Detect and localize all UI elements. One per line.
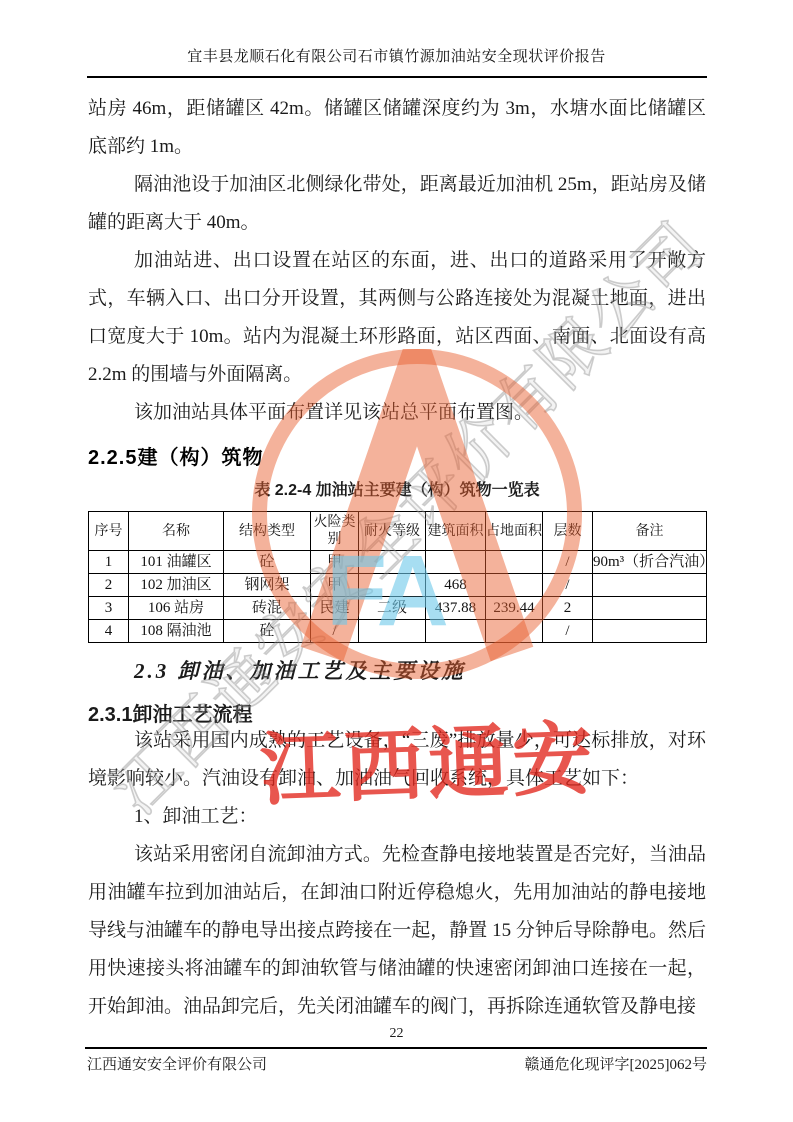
cell: /	[543, 574, 593, 597]
cell: 468	[426, 574, 486, 597]
cell-remark	[593, 574, 707, 597]
cell	[486, 574, 543, 597]
table-row: 4 108 隔油池 砼 / /	[89, 620, 707, 643]
paragraph: 该站采用密闭自流卸油方式。先检查静电接地装置是否完好，当油品用油罐车拉到加油站后…	[88, 836, 706, 1026]
page-number: 22	[0, 1026, 793, 1042]
cell: 2	[89, 574, 129, 597]
table-row: 3 106 站房 砖混 民建 二级 437.88 239.44 2	[89, 597, 707, 620]
col-header-seq: 序号	[89, 512, 129, 551]
cell: 102 加油区	[129, 574, 224, 597]
paragraph: 该加油站具体平面布置详见该站总平面布置图。	[88, 394, 706, 432]
col-header-fire-class: 火险类别	[311, 512, 359, 551]
cell: /	[543, 551, 593, 574]
table-caption: 表 2.2-4 加油站主要建（构）筑物一览表	[88, 477, 706, 500]
body-text-bottom: 该站采用国内成熟的工艺设备，“三废”排放量少，可达标排放，对环境影响较小。汽油设…	[88, 722, 706, 1026]
footer-doc-number: 赣通危化现评字[2025]062号	[525, 1053, 708, 1074]
cell: 108 隔油池	[129, 620, 224, 643]
cell: 101 油罐区	[129, 551, 224, 574]
body-text-top: 站房 46m，距储罐区 42m。储罐区储罐深度约为 3m，水塘水面比储罐区底部约…	[88, 90, 706, 432]
cell: 1	[89, 551, 129, 574]
report-header-title: 宜丰县龙顺石化有限公司石市镇竹源加油站安全现状评价报告	[0, 45, 793, 66]
section-heading-2-2-5: 2.2.5建（构）筑物	[88, 441, 263, 470]
cell: 239.44	[486, 597, 543, 620]
table-row: 2 102 加油区 钢网架 甲 468 /	[89, 574, 707, 597]
cell: /	[311, 620, 359, 643]
cell	[359, 551, 426, 574]
header-rule	[87, 76, 707, 78]
footer: 江西通安安全评价有限公司 赣通危化现评字[2025]062号	[87, 1053, 707, 1074]
table-row: 1 101 油罐区 砼 甲 / 90m³（折合汽油）	[89, 551, 707, 574]
cell: /	[543, 620, 593, 643]
col-header-name: 名称	[129, 512, 224, 551]
footer-company: 江西通安安全评价有限公司	[87, 1053, 267, 1074]
paragraph: 1、卸油工艺：	[88, 798, 706, 836]
cell: 砼	[224, 551, 311, 574]
cell: 二级	[359, 597, 426, 620]
paragraph: 该站采用国内成熟的工艺设备，“三废”排放量少，可达标排放，对环境影响较小。汽油设…	[88, 722, 706, 798]
cell	[359, 574, 426, 597]
col-header-fire-rating: 耐火等级	[359, 512, 426, 551]
section-heading-2-3: 2.3 卸油、加油工艺及主要设施	[134, 655, 466, 685]
table-header-row: 序号 名称 结构类型 火险类别 耐火等级 建筑面积 占地面积 层数 备注	[89, 512, 707, 551]
cell: 甲	[311, 551, 359, 574]
cell: 4	[89, 620, 129, 643]
document-page: 宜丰县龙顺石化有限公司石市镇竹源加油站安全现状评价报告 站房 46m，距储罐区 …	[0, 0, 793, 1122]
col-header-structure: 结构类型	[224, 512, 311, 551]
cell	[359, 620, 426, 643]
cell	[486, 551, 543, 574]
cell-remark: 90m³（折合汽油）	[593, 551, 707, 574]
paragraph: 加油站进、出口设置在站区的东面，进、出口的道路采用了开敞方式，车辆入口、出口分开…	[88, 242, 706, 394]
cell	[426, 620, 486, 643]
cell: 钢网架	[224, 574, 311, 597]
cell	[426, 551, 486, 574]
cell: 民建	[311, 597, 359, 620]
paragraph: 隔油池设于加油区北侧绿化带处，距离最近加油机 25m，距站房及储罐的距离大于 4…	[88, 166, 706, 242]
footer-rule	[85, 1047, 707, 1049]
cell: 2	[543, 597, 593, 620]
paragraph: 站房 46m，距储罐区 42m。储罐区储罐深度约为 3m，水塘水面比储罐区底部约…	[88, 90, 706, 166]
col-header-land-area: 占地面积	[486, 512, 543, 551]
cell: 甲	[311, 574, 359, 597]
cell: 砼	[224, 620, 311, 643]
col-header-floor-area: 建筑面积	[426, 512, 486, 551]
col-header-storeys: 层数	[543, 512, 593, 551]
cell: 106 站房	[129, 597, 224, 620]
cell-remark	[593, 597, 707, 620]
col-header-remarks: 备注	[593, 512, 707, 551]
cell: 砖混	[224, 597, 311, 620]
buildings-table: 序号 名称 结构类型 火险类别 耐火等级 建筑面积 占地面积 层数 备注 1 1…	[88, 511, 707, 643]
cell-remark	[593, 620, 707, 643]
cell: 3	[89, 597, 129, 620]
cell: 437.88	[426, 597, 486, 620]
cell	[486, 620, 543, 643]
